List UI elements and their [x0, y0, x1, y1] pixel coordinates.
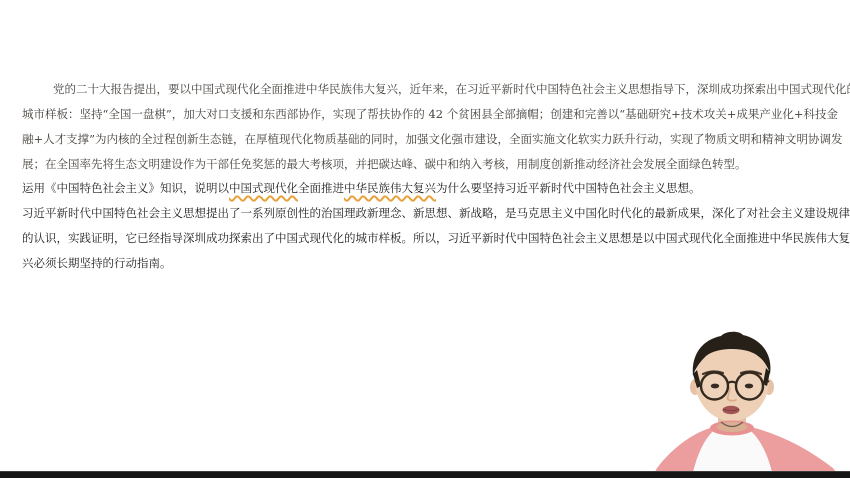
question-middle: 全面推进 — [298, 183, 344, 195]
answer-line: 的认识，实践证明，它已经指导深圳成功探索出了中国式现代化的城市样板。所以，习近平… — [22, 227, 836, 252]
video-frame: 党的二十大报告提出，要以中国式现代化全面推进中华民族伟大复兴，近年来，在习近平新… — [0, 0, 850, 478]
answer-line: 习近平新时代中国特色社会主义思想提出了一系列原创性的治国理政新理念、新思想、新战… — [22, 202, 836, 227]
presenter-webcam — [655, 330, 850, 472]
paragraph1-line: 展；在全国率先将生态文明建设作为干部任免奖惩的最大考核项，并把碳达峰、碳中和纳入… — [22, 152, 836, 177]
answer-line: 兴必须长期坚持的行动指南。 — [22, 252, 836, 277]
paragraph1-line: 党的二十大报告提出，要以中国式现代化全面推进中华民族伟大复兴，近年来，在习近平新… — [22, 77, 836, 102]
question-prefix: 运用《中国特色社会主义》知识，说明以 — [22, 183, 229, 195]
letterbox-bottom-bar — [0, 471, 850, 478]
question-highlight-2: 中华民族伟大复兴 — [344, 183, 436, 195]
paragraph1-line: 城市样板：坚持“全国一盘棋”，加大对口支援和东西部协作，实现了帮扶协作的 42 … — [22, 102, 836, 127]
question-highlight-1: 中国式现代化 — [229, 183, 298, 195]
question-suffix: 为什么要坚持习近平新时代中国特色社会主义思想。 — [436, 183, 701, 195]
paragraph1-line: 融+人才支撑”为内核的全过程创新生态链，在厚植现代化物质基础的同时，加强文化强市… — [22, 127, 836, 152]
slide-text-block: 党的二十大报告提出，要以中国式现代化全面推进中华民族伟大复兴，近年来，在习近平新… — [22, 77, 836, 277]
question-line: 运用《中国特色社会主义》知识，说明以中国式现代化全面推进中华民族伟大复兴为什么要… — [22, 177, 836, 202]
